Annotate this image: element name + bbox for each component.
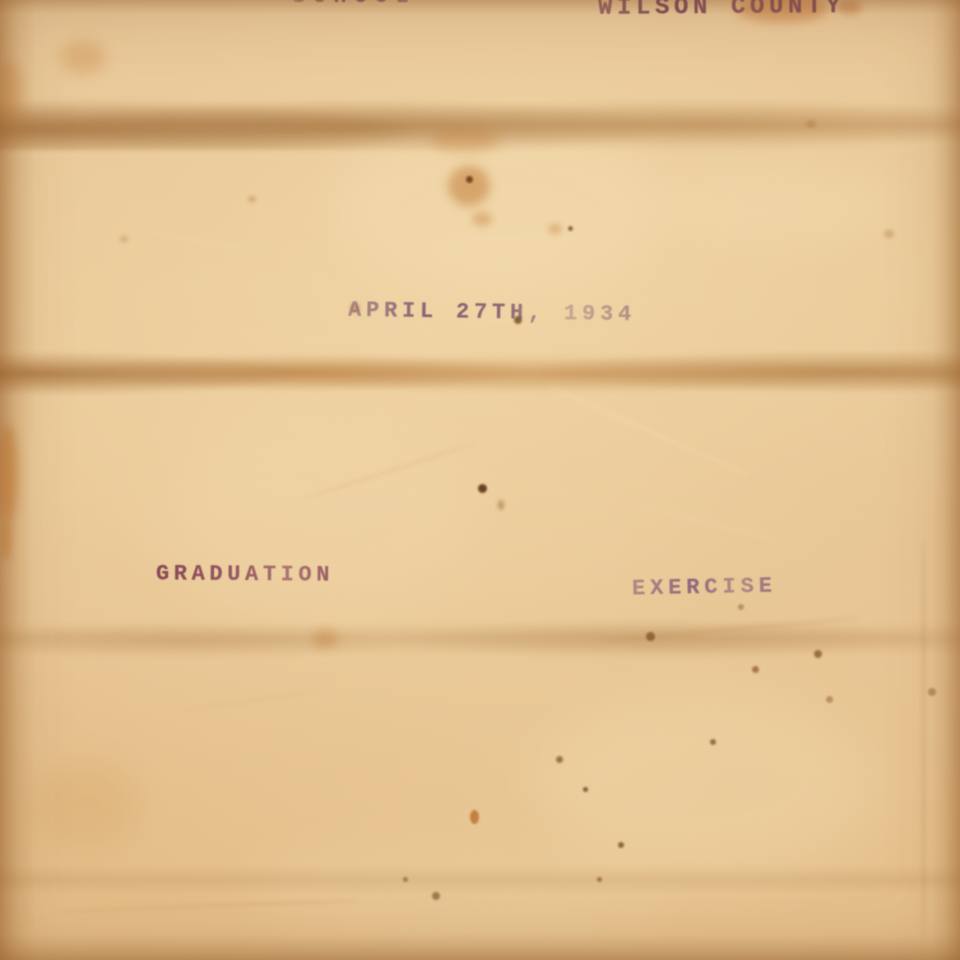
wrinkle-crease [600, 617, 859, 643]
wrinkle-crease [922, 540, 925, 940]
wrinkle-crease [304, 442, 476, 500]
wrinkle-crease [622, 501, 778, 542]
title-word-exercise: EXERCISE [632, 574, 777, 602]
wrinkle-crease [181, 690, 320, 711]
wrinkle-crease [30, 430, 32, 640]
wrinkle-crease [549, 385, 751, 477]
title-word-graduation: GRADUATION [156, 561, 334, 587]
wrinkle-crease [141, 230, 299, 260]
crease-layer [0, 0, 960, 960]
header-right-text: WILSON COUNTY [598, 0, 845, 22]
wrinkle-crease [60, 900, 360, 912]
date-line-text: APRIL 27TH, 1934 [348, 298, 636, 328]
header-left-partial-text: SCHOOL [292, 0, 416, 9]
